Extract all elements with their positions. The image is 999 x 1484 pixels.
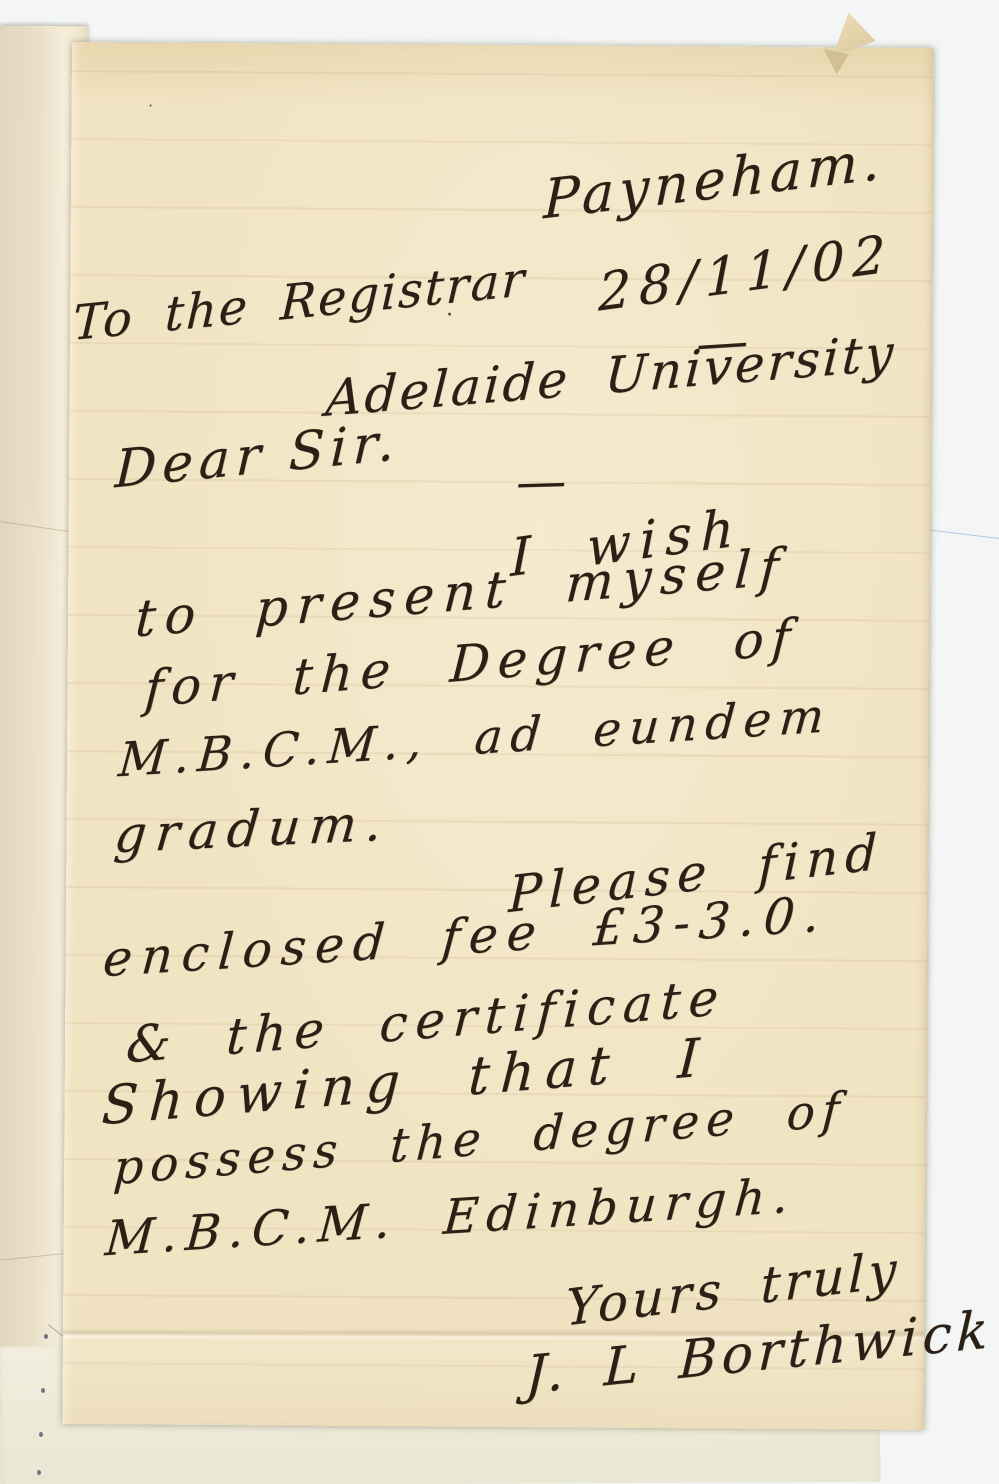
letter-page: Payneham. 28/11/02 — To the Registrar Ad… [62, 42, 934, 1430]
scanned-letter-background: Payneham. 28/11/02 — To the Registrar Ad… [0, 0, 999, 1484]
line-place: Payneham. [543, 133, 886, 227]
line-dash-2: — [515, 456, 566, 507]
line-date: 28/11/02 [598, 228, 893, 320]
paper-crease [0, 521, 69, 532]
line-recipient: To the Registrar [72, 255, 527, 348]
line-body-5: gradum. [112, 798, 393, 861]
stitch-dot [41, 1388, 45, 1393]
stitch-dot [39, 1432, 43, 1437]
line-university: Adelaide University [324, 327, 897, 423]
stitch-dot [37, 1470, 41, 1475]
ink-speck [150, 105, 152, 107]
paper-crease [1, 1253, 67, 1261]
line-salutation: Dear Sir. [114, 416, 402, 496]
stitch-dot [44, 1334, 48, 1339]
